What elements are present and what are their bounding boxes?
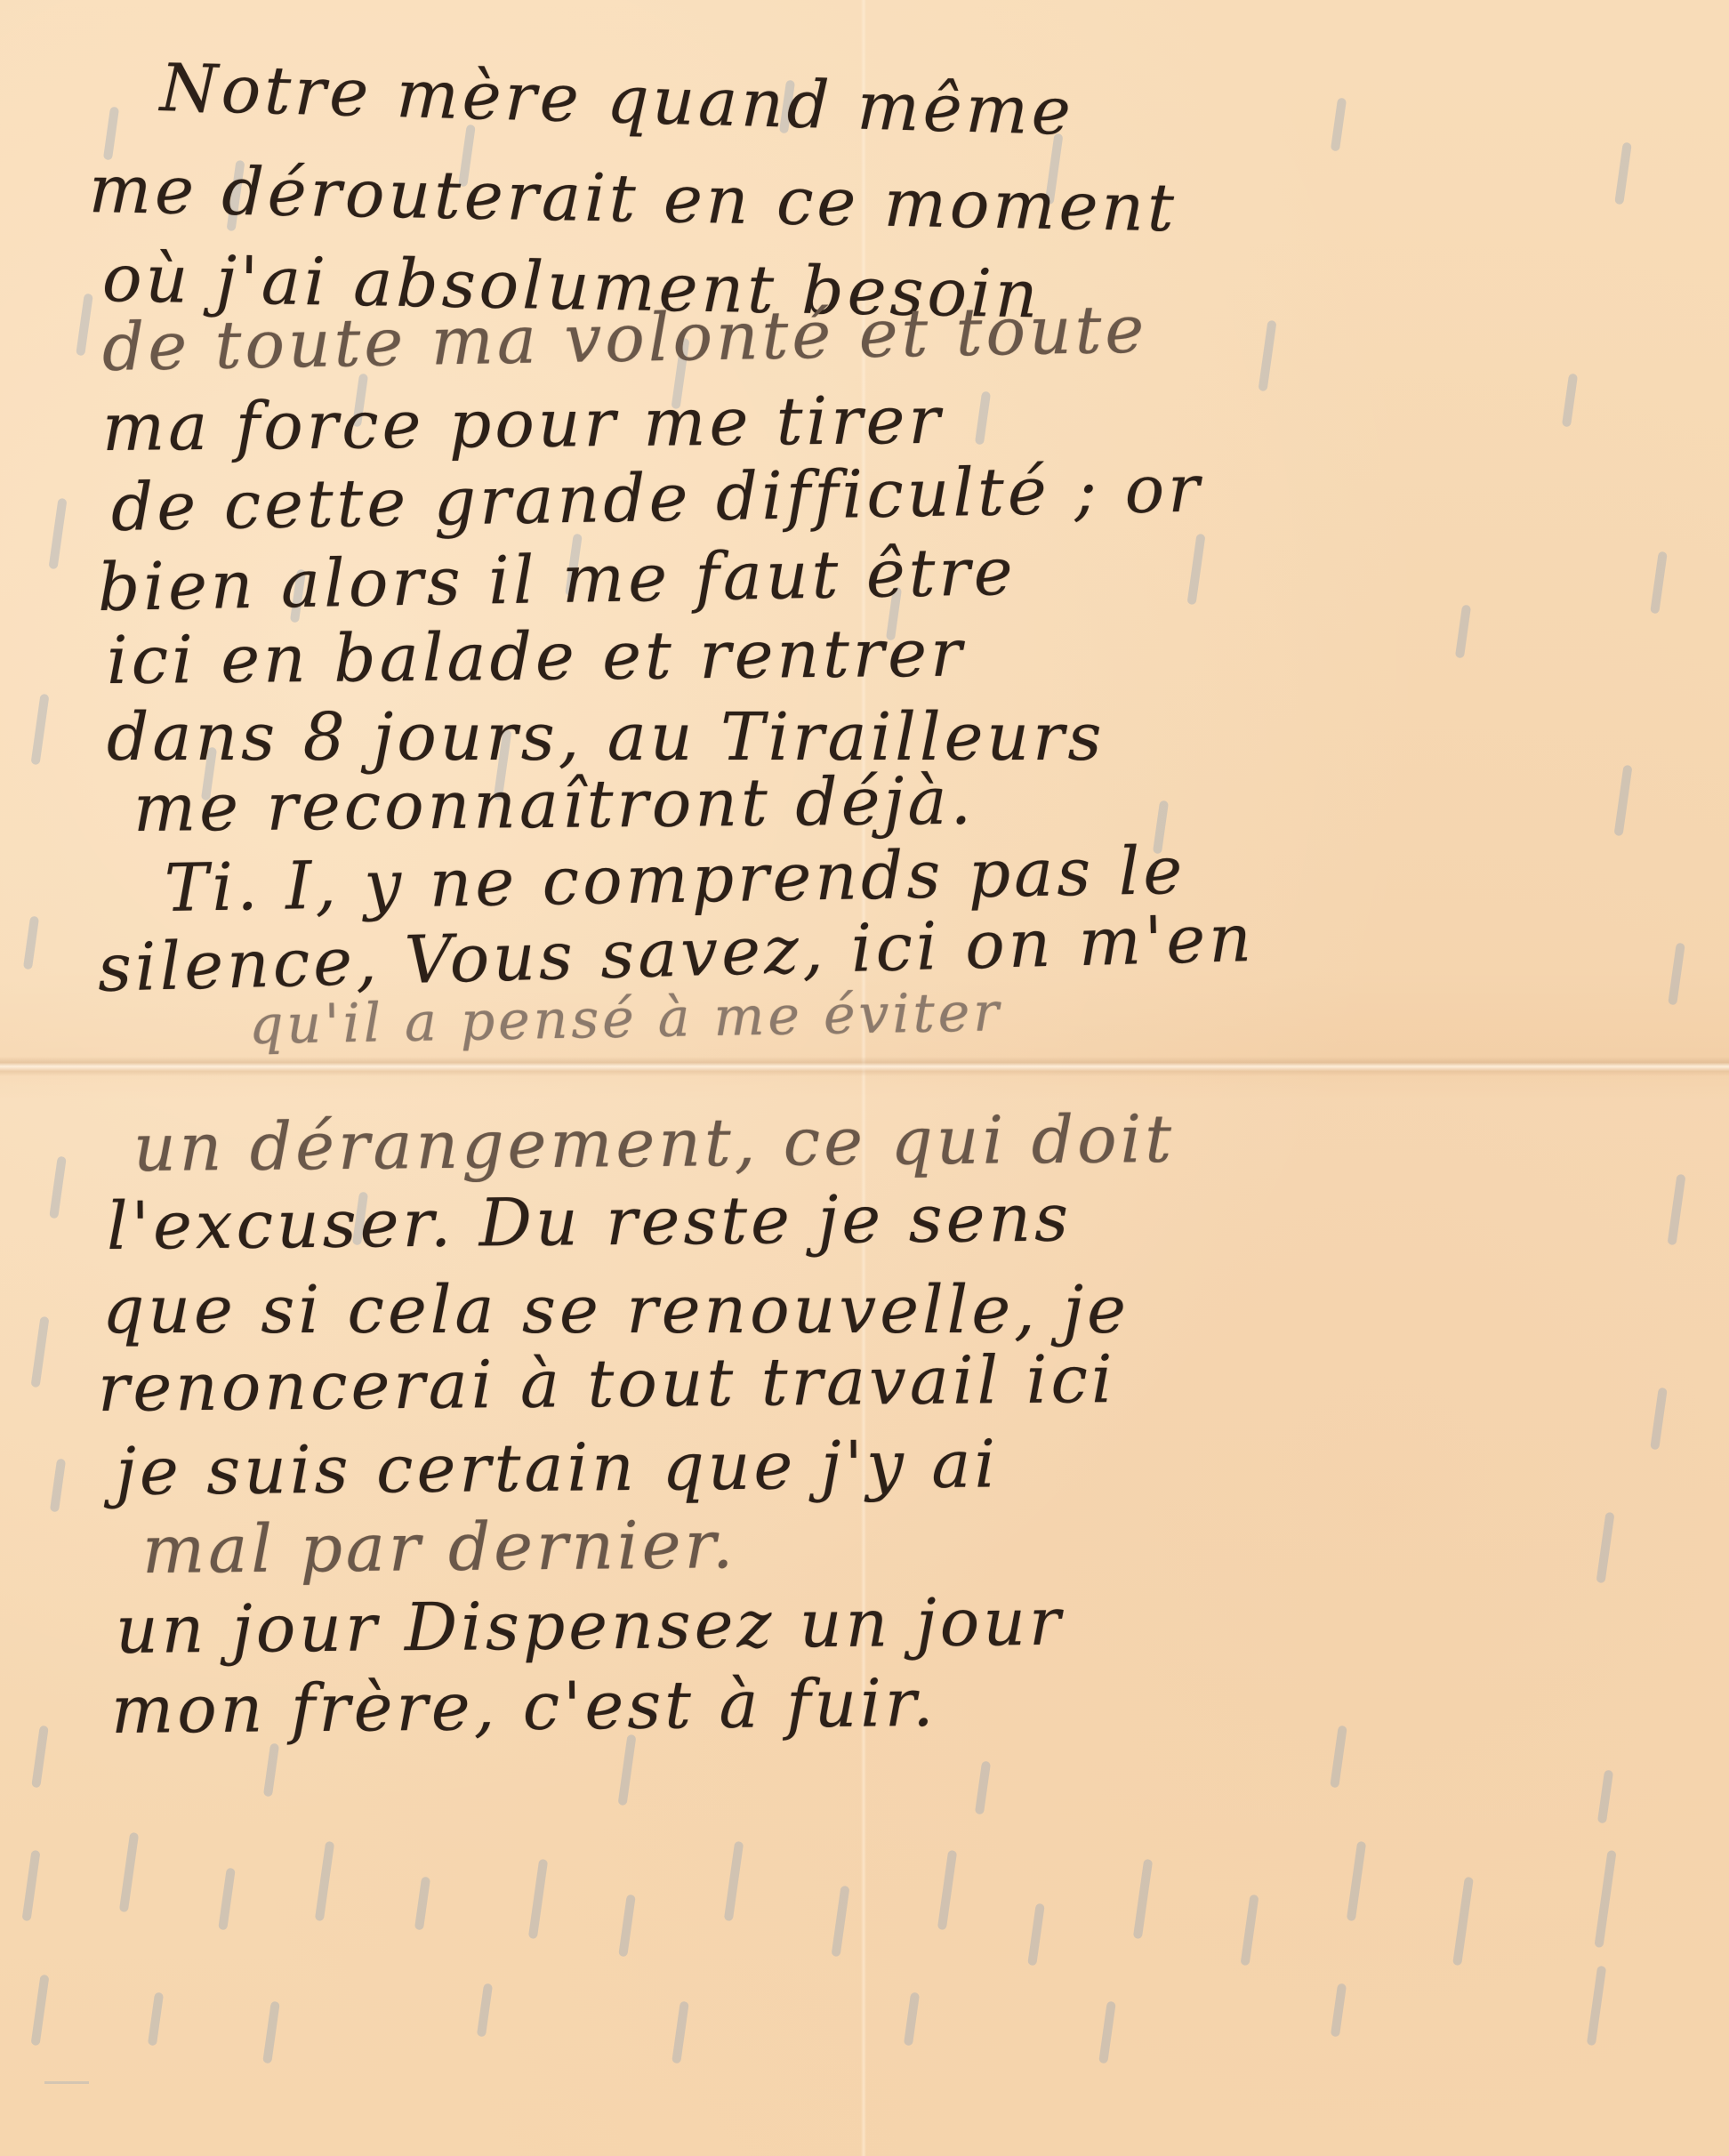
letter-line: bien alors il me faut être xyxy=(97,534,1017,626)
letter-line: renoncerai à tout travail ici xyxy=(98,1341,1116,1427)
letter-line: de cette grande difficulté ; or xyxy=(110,451,1203,546)
letter-line: me dérouterait en ce moment xyxy=(88,151,1178,246)
letter-page: Notre mère quand même me dérouterait en … xyxy=(0,0,1729,2156)
letter-line: me reconnaîtront déjà. xyxy=(133,763,976,847)
letter-line: qu'il a pensé à me éviter xyxy=(248,981,1002,1057)
letter-line: je suis certain que j'y ai xyxy=(116,1426,1000,1510)
letter-line: un jour Dispensez un jour xyxy=(116,1584,1065,1669)
faint-pencil-mark xyxy=(44,2081,89,2084)
letter-line: l'excuser. Du reste je sens xyxy=(107,1180,1073,1265)
letter-line: ma force pour me tirer xyxy=(102,382,945,466)
letter-line: ici en balade et rentrer xyxy=(107,615,966,699)
letter-line: mon frère, c'est à fuir. xyxy=(111,1665,937,1749)
letter-body: Notre mère quand même me dérouterait en … xyxy=(0,0,1729,2156)
letter-line: que si cela se renouvelle, je xyxy=(102,1272,1130,1348)
letter-line: Notre mère quand même xyxy=(159,50,1075,150)
letter-line: un dérangement, ce qui doit xyxy=(133,1101,1176,1187)
letter-line: mal par dernier. xyxy=(142,1507,737,1589)
